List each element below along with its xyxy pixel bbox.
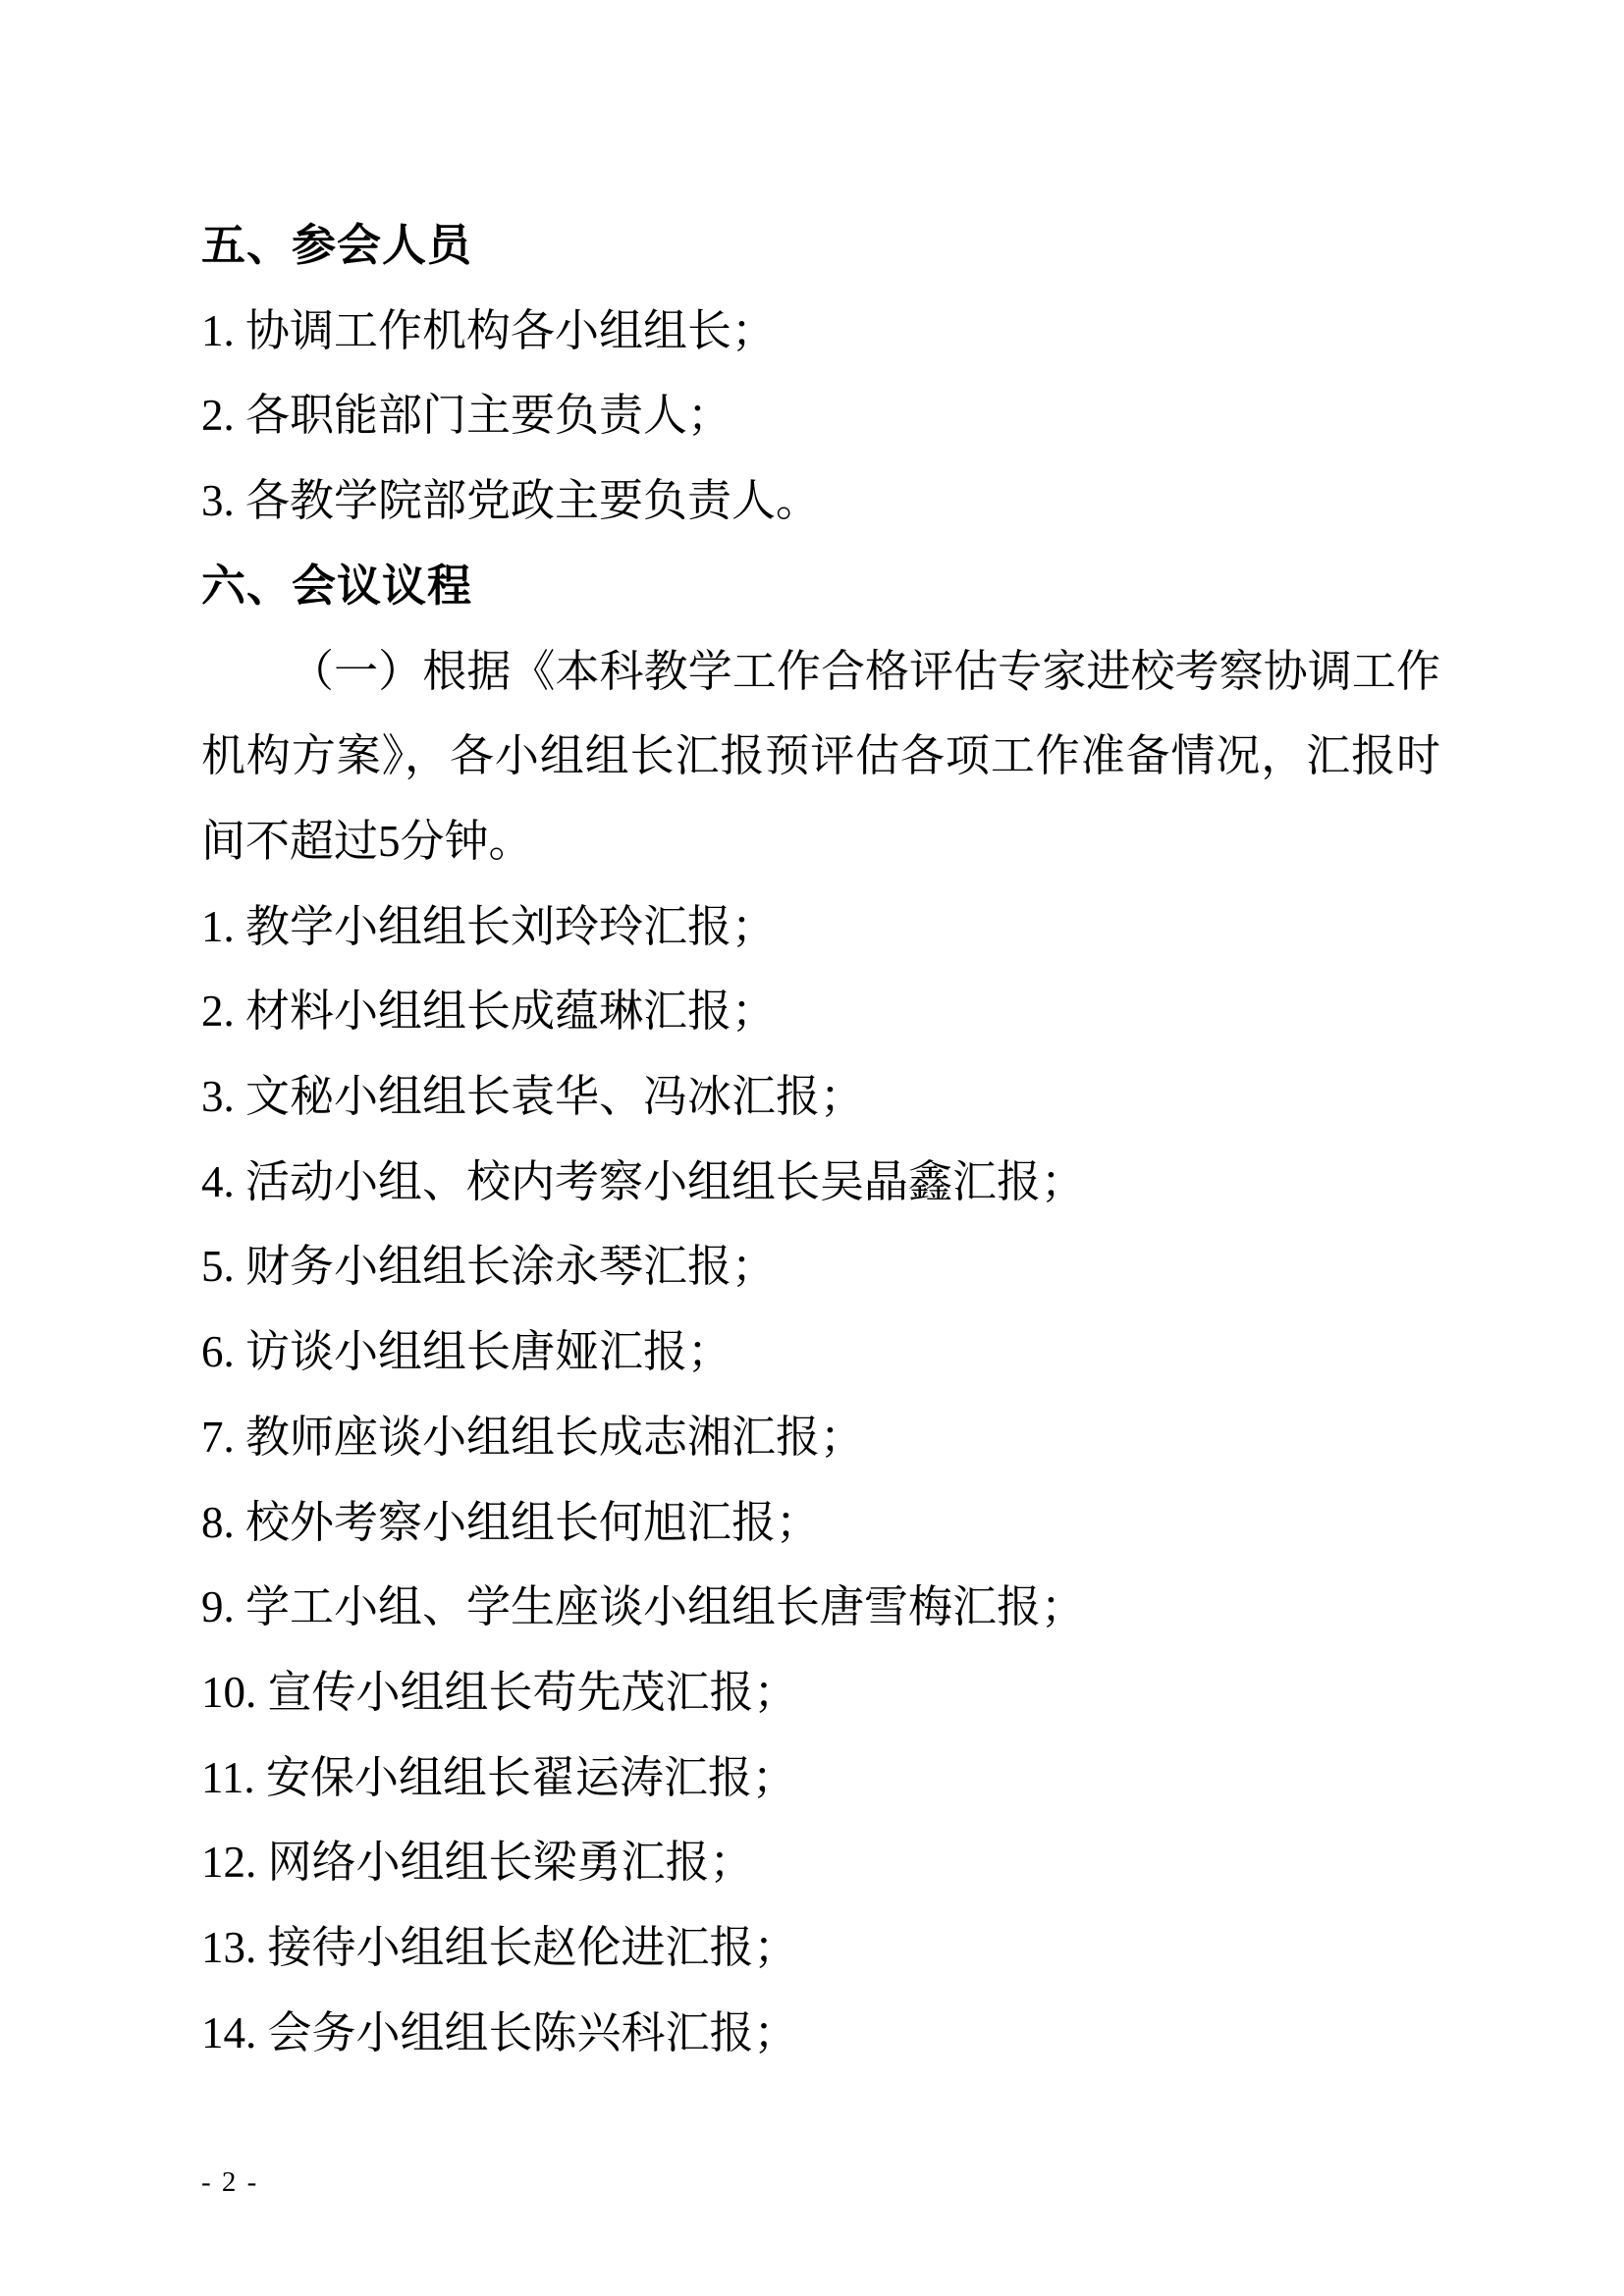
agenda-item-1: 1. 教学小组组长刘玲玲汇报； bbox=[201, 884, 1440, 970]
section-heading-participants: 五、参会人员 bbox=[201, 203, 1440, 289]
agenda-item-2: 2. 材料小组组长成蕴琳汇报； bbox=[201, 969, 1440, 1054]
agenda-item-14: 14. 会务小组组长陈兴科汇报； bbox=[201, 1991, 1440, 2076]
page-number: - 2 - bbox=[201, 2165, 258, 2199]
agenda-item-7: 7. 教师座谈小组组长成志湘汇报； bbox=[201, 1395, 1440, 1480]
agenda-item-3: 3. 文秘小组组长袁华、冯冰汇报； bbox=[201, 1054, 1440, 1140]
agenda-item-11: 11. 安保小组组长翟运涛汇报； bbox=[201, 1735, 1440, 1821]
participant-item-2: 2. 各职能部门主要负责人； bbox=[201, 373, 1440, 458]
agenda-item-9: 9. 学工小组、学生座谈小组组长唐雪梅汇报； bbox=[201, 1565, 1440, 1650]
document-body: 五、参会人员 1. 协调工作机构各小组组长； 2. 各职能部门主要负责人； 3.… bbox=[201, 203, 1440, 2075]
agenda-item-10: 10. 宣传小组组长苟先茂汇报； bbox=[201, 1650, 1440, 1735]
document-page: 五、参会人员 1. 协调工作机构各小组组长； 2. 各职能部门主要负责人； 3.… bbox=[0, 0, 1624, 2296]
agenda-item-6: 6. 访谈小组组长唐娅汇报； bbox=[201, 1309, 1440, 1395]
agenda-item-5: 5. 财务小组组长涂永琴汇报； bbox=[201, 1224, 1440, 1309]
agenda-item-8: 8. 校外考察小组组长何旭汇报； bbox=[201, 1480, 1440, 1566]
participant-item-3: 3. 各教学院部党政主要负责人。 bbox=[201, 458, 1440, 544]
agenda-item-4: 4. 活动小组、校内考察小组组长吴晶鑫汇报； bbox=[201, 1140, 1440, 1225]
agenda-item-12: 12. 网络小组组长梁勇汇报； bbox=[201, 1820, 1440, 1905]
agenda-intro-paragraph: （一）根据《本科教学工作合格评估专家进校考察协调工作机构方案》，各小组组长汇报预… bbox=[201, 629, 1440, 884]
participant-item-1: 1. 协调工作机构各小组组长； bbox=[201, 289, 1440, 374]
section-heading-agenda: 六、会议议程 bbox=[201, 544, 1440, 629]
agenda-item-13: 13. 接待小组组长赵伦进汇报； bbox=[201, 1905, 1440, 1991]
